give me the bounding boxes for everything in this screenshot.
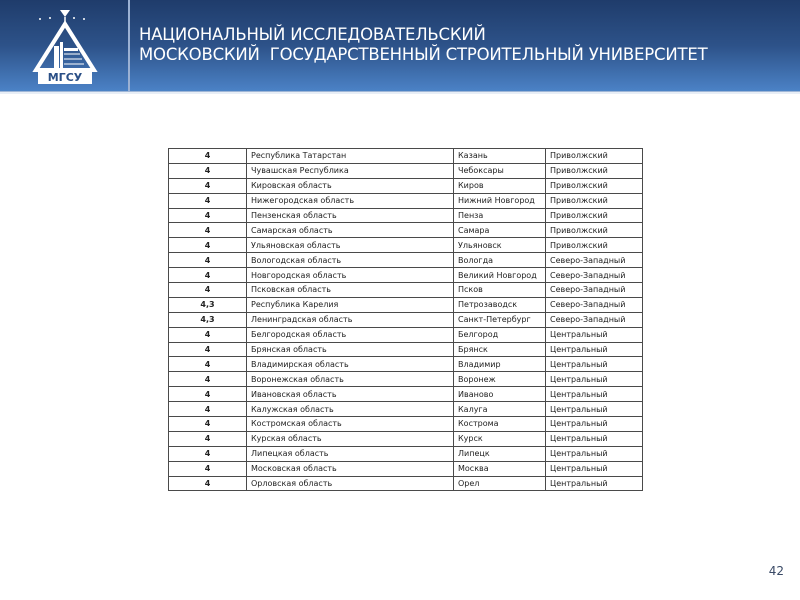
regions-table: 4Республика ТатарстанКазаньПриволжский4Ч… <box>168 148 643 491</box>
coefficient-cell: 4 <box>169 268 247 283</box>
table-row: 4Вологодская областьВологдаСеверо-Западн… <box>169 253 643 268</box>
region-cell: Ленинградская область <box>247 312 454 327</box>
federal-district-cell: Приволжский <box>546 193 643 208</box>
federal-district-cell: Центральный <box>546 372 643 387</box>
region-cell: Новгородская область <box>247 268 454 283</box>
mgsu-logo-icon: МГСУ <box>30 4 100 86</box>
city-cell: Казань <box>454 149 546 164</box>
region-cell: Республика Татарстан <box>247 149 454 164</box>
federal-district-cell: Центральный <box>546 417 643 432</box>
table-row: 4Липецкая областьЛипецкЦентральный <box>169 446 643 461</box>
table-row: 4Ульяновская областьУльяновскПриволжский <box>169 238 643 253</box>
federal-district-cell: Центральный <box>546 387 643 402</box>
federal-district-cell: Приволжский <box>546 178 643 193</box>
federal-district-cell: Приволжский <box>546 208 643 223</box>
table-row: 4Новгородская областьВеликий НовгородСев… <box>169 268 643 283</box>
city-cell: Москва <box>454 461 546 476</box>
city-cell: Калуга <box>454 402 546 417</box>
table-row: 4Владимирская областьВладимирЦентральный <box>169 357 643 372</box>
table-row: 4,3Ленинградская областьСанкт-ПетербургС… <box>169 312 643 327</box>
federal-district-cell: Северо-Западный <box>546 268 643 283</box>
federal-district-cell: Центральный <box>546 402 643 417</box>
regions-table-container: 4Республика ТатарстанКазаньПриволжский4Ч… <box>168 148 643 491</box>
federal-district-cell: Центральный <box>546 431 643 446</box>
federal-district-cell: Центральный <box>546 357 643 372</box>
federal-district-cell: Приволжский <box>546 238 643 253</box>
table-row: 4Самарская областьСамараПриволжский <box>169 223 643 238</box>
city-cell: Самара <box>454 223 546 238</box>
region-cell: Вологодская область <box>247 253 454 268</box>
coefficient-cell: 4 <box>169 431 247 446</box>
coefficient-cell: 4 <box>169 357 247 372</box>
city-cell: Брянск <box>454 342 546 357</box>
coefficient-cell: 4 <box>169 327 247 342</box>
table-row: 4Курская областьКурскЦентральный <box>169 431 643 446</box>
region-cell: Воронежская область <box>247 372 454 387</box>
city-cell: Орел <box>454 476 546 491</box>
header-divider <box>128 0 130 91</box>
city-cell: Киров <box>454 178 546 193</box>
coefficient-cell: 4 <box>169 461 247 476</box>
region-cell: Липецкая область <box>247 446 454 461</box>
slide-header: МГСУ НАЦИОНАЛЬНЫЙ ИССЛЕДОВАТЕЛЬСКИЙ МОСК… <box>0 0 800 92</box>
region-cell: Нижегородская область <box>247 193 454 208</box>
table-row: 4Калужская областьКалугаЦентральный <box>169 402 643 417</box>
table-row: 4Пензенская областьПензаПриволжский <box>169 208 643 223</box>
table-row: 4Костромская областьКостромаЦентральный <box>169 417 643 432</box>
coefficient-cell: 4 <box>169 372 247 387</box>
region-cell: Ивановская область <box>247 387 454 402</box>
table-row: 4Брянская областьБрянскЦентральный <box>169 342 643 357</box>
city-cell: Пенза <box>454 208 546 223</box>
region-cell: Ульяновская область <box>247 238 454 253</box>
coefficient-cell: 4 <box>169 208 247 223</box>
federal-district-cell: Приволжский <box>546 163 643 178</box>
coefficient-cell: 4,3 <box>169 312 247 327</box>
table-row: 4Ивановская областьИвановоЦентральный <box>169 387 643 402</box>
coefficient-cell: 4 <box>169 476 247 491</box>
federal-district-cell: Северо-Западный <box>546 312 643 327</box>
region-cell: Калужская область <box>247 402 454 417</box>
table-row: 4Воронежская областьВоронежЦентральный <box>169 372 643 387</box>
city-cell: Белгород <box>454 327 546 342</box>
region-cell: Кировская область <box>247 178 454 193</box>
coefficient-cell: 4,3 <box>169 297 247 312</box>
table-row: 4Чувашская РеспубликаЧебоксарыПриволжски… <box>169 163 643 178</box>
city-cell: Нижний Новгород <box>454 193 546 208</box>
region-cell: Республика Карелия <box>247 297 454 312</box>
region-cell: Брянская область <box>247 342 454 357</box>
region-cell: Чувашская Республика <box>247 163 454 178</box>
coefficient-cell: 4 <box>169 342 247 357</box>
city-cell: Чебоксары <box>454 163 546 178</box>
coefficient-cell: 4 <box>169 223 247 238</box>
table-row: 4Орловская областьОрелЦентральный <box>169 476 643 491</box>
city-cell: Владимир <box>454 357 546 372</box>
federal-district-cell: Приволжский <box>546 149 643 164</box>
city-cell: Санкт-Петербург <box>454 312 546 327</box>
coefficient-cell: 4 <box>169 283 247 298</box>
city-cell: Великий Новгород <box>454 268 546 283</box>
city-cell: Вологда <box>454 253 546 268</box>
region-cell: Московская область <box>247 461 454 476</box>
federal-district-cell: Центральный <box>546 342 643 357</box>
city-cell: Иваново <box>454 387 546 402</box>
coefficient-cell: 4 <box>169 149 247 164</box>
region-cell: Пензенская область <box>247 208 454 223</box>
header-underline <box>0 92 800 94</box>
federal-district-cell: Центральный <box>546 461 643 476</box>
region-cell: Самарская область <box>247 223 454 238</box>
table-row: 4Нижегородская областьНижний НовгородПри… <box>169 193 643 208</box>
federal-district-cell: Центральный <box>546 476 643 491</box>
region-cell: Белгородская область <box>247 327 454 342</box>
table-row: 4Кировская областьКировПриволжский <box>169 178 643 193</box>
coefficient-cell: 4 <box>169 193 247 208</box>
city-cell: Ульяновск <box>454 238 546 253</box>
city-cell: Курск <box>454 431 546 446</box>
city-cell: Петрозаводск <box>454 297 546 312</box>
city-cell: Кострома <box>454 417 546 432</box>
table-row: 4Псковская областьПсковСеверо-Западный <box>169 283 643 298</box>
table-row: 4Белгородская областьБелгородЦентральный <box>169 327 643 342</box>
federal-district-cell: Приволжский <box>546 223 643 238</box>
title-line-1: НАЦИОНАЛЬНЫЙ ИССЛЕДОВАТЕЛЬСКИЙ <box>139 25 707 45</box>
coefficient-cell: 4 <box>169 238 247 253</box>
title-line-2: МОСКОВСКИЙ ГОСУДАРСТВЕННЫЙ СТРОИТЕЛЬНЫЙ … <box>139 45 707 65</box>
coefficient-cell: 4 <box>169 253 247 268</box>
coefficient-cell: 4 <box>169 178 247 193</box>
region-cell: Псковская область <box>247 283 454 298</box>
federal-district-cell: Центральный <box>546 327 643 342</box>
city-cell: Псков <box>454 283 546 298</box>
coefficient-cell: 4 <box>169 446 247 461</box>
region-cell: Курская область <box>247 431 454 446</box>
svg-text:МГСУ: МГСУ <box>48 71 83 84</box>
federal-district-cell: Северо-Западный <box>546 283 643 298</box>
federal-district-cell: Центральный <box>546 446 643 461</box>
region-cell: Орловская область <box>247 476 454 491</box>
coefficient-cell: 4 <box>169 402 247 417</box>
coefficient-cell: 4 <box>169 417 247 432</box>
table-row: 4Республика ТатарстанКазаньПриволжский <box>169 149 643 164</box>
federal-district-cell: Северо-Западный <box>546 297 643 312</box>
table-row: 4,3Республика КарелияПетрозаводскСеверо-… <box>169 297 643 312</box>
region-cell: Владимирская область <box>247 357 454 372</box>
region-cell: Костромская область <box>247 417 454 432</box>
coefficient-cell: 4 <box>169 163 247 178</box>
federal-district-cell: Северо-Западный <box>546 253 643 268</box>
university-title: НАЦИОНАЛЬНЫЙ ИССЛЕДОВАТЕЛЬСКИЙ МОСКОВСКИ… <box>139 25 707 65</box>
city-cell: Липецк <box>454 446 546 461</box>
page-number: 42 <box>769 564 784 578</box>
city-cell: Воронеж <box>454 372 546 387</box>
table-row: 4Московская областьМоскваЦентральный <box>169 461 643 476</box>
coefficient-cell: 4 <box>169 387 247 402</box>
